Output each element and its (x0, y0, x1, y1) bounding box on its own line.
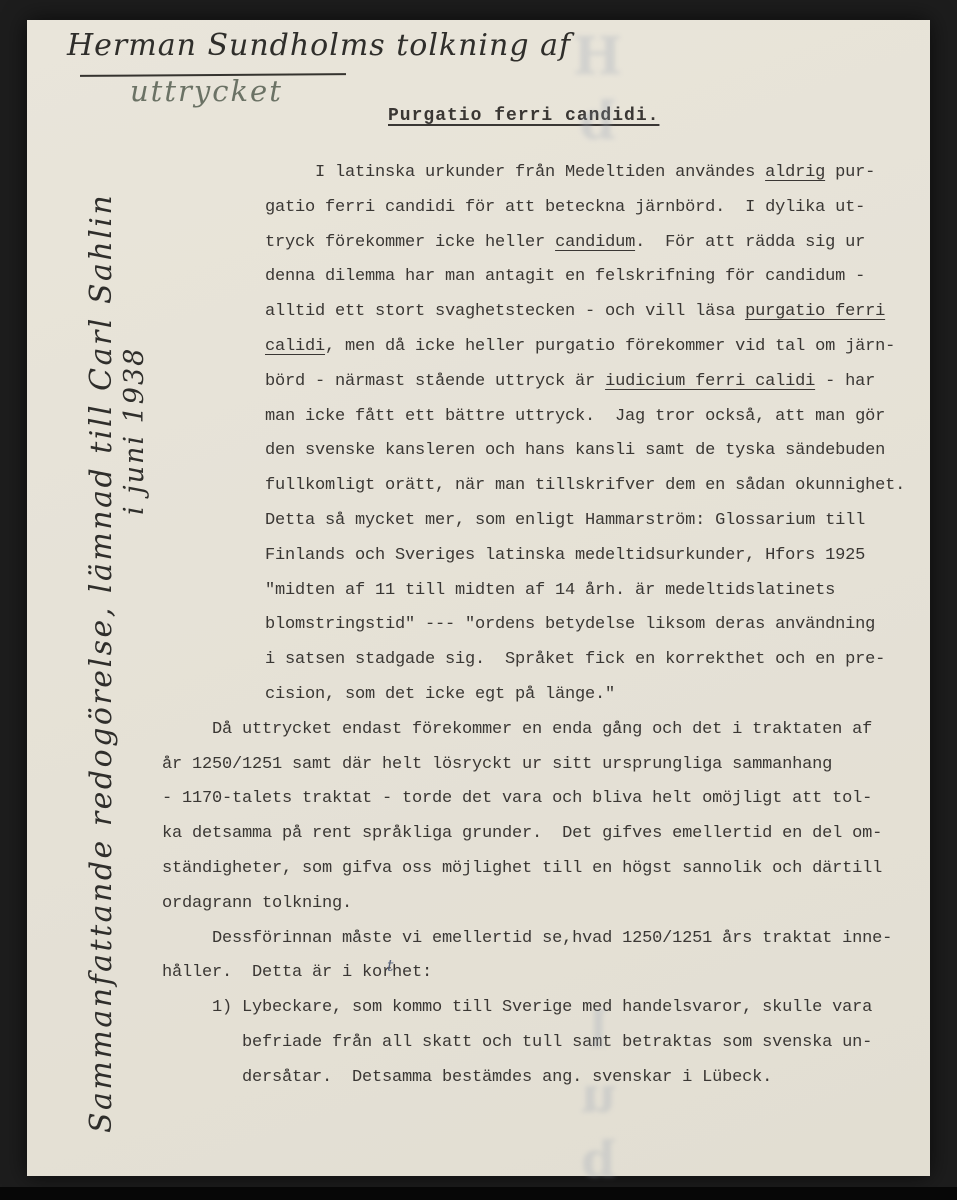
typed-line: ka detsamma på rent språkliga grunder. D… (162, 817, 930, 852)
handwritten-annotation-top-2: uttrycket (130, 74, 283, 108)
typed-line: den svenske kansleren och hans kansli sa… (265, 434, 930, 469)
typed-line: ständigheter, som gifva oss möjlighet ti… (162, 852, 930, 887)
typed-line: befriade från all skatt och tull samt be… (162, 1026, 930, 1061)
handwritten-correction-t: t (387, 949, 393, 984)
typed-line: alltid ett stort svaghetstecken - och vi… (265, 295, 930, 330)
typed-line: "midten af 11 till midten af 14 årh. är … (265, 574, 930, 609)
paragraph-block: 1) Lybeckare, som kommo till Sverige med… (162, 991, 930, 1095)
typed-line: år 1250/1251 samt där helt lösryckt ur s… (162, 748, 930, 783)
scanned-document-mount: Herman Sundholms tolkning af uttrycket S… (0, 0, 957, 1200)
typed-line: tryck förekommer icke heller candidum. F… (265, 226, 930, 261)
paragraph-block: Då uttrycket endast förekommer en enda g… (162, 713, 930, 922)
typed-line: i satsen stadgade sig. Språket fick en k… (265, 643, 930, 678)
typed-body: I latinska urkunder från Medeltiden anvä… (27, 156, 930, 1096)
typed-line: håller. Detta är i korthet: (162, 956, 930, 991)
paragraph-block: Dessförinnan måste vi emellertid se,hvad… (162, 922, 930, 992)
typed-line: Detta så mycket mer, som enligt Hammarst… (265, 504, 930, 539)
typed-line: ordagrann tolkning. (162, 887, 930, 922)
document-title: Purgatio ferri candidi. (388, 106, 659, 126)
typed-line: - 1170-talets traktat - torde det vara o… (162, 782, 930, 817)
document-page: Herman Sundholms tolkning af uttrycket S… (27, 20, 930, 1176)
typed-line: börd - närmast stående uttryck är iudici… (265, 365, 930, 400)
typed-line: Finlands och Sveriges latinska medeltids… (265, 539, 930, 574)
typed-line: dersåtar. Detsamma bestämdes ang. svensk… (162, 1061, 930, 1096)
typed-line: calidi, men då icke heller purgatio före… (265, 330, 930, 365)
show-through-marks-top: Hb (567, 26, 628, 156)
handwritten-annotation-top: Herman Sundholms tolkning af (67, 28, 571, 63)
typed-line: cision, som det icke egt på länge." (265, 678, 930, 713)
typed-line: I latinska urkunder från Medeltiden anvä… (265, 156, 930, 191)
typed-line: Dessförinnan måste vi emellertid se,hvad… (162, 922, 930, 957)
typed-line: 1) Lybeckare, som kommo till Sverige med… (162, 991, 930, 1026)
typed-line: blomstringstid" --- "ordens betydelse li… (265, 608, 930, 643)
typed-line: man icke fått ett bättre uttryck. Jag tr… (265, 400, 930, 435)
typed-line: Då uttrycket endast förekommer en enda g… (162, 713, 930, 748)
typed-line: fullkomligt orätt, när man tillskrifver … (265, 469, 930, 504)
typed-line: denna dilemma har man antagit en felskri… (265, 260, 930, 295)
typed-line: gatio ferri candidi för att beteckna jär… (265, 191, 930, 226)
paragraph-block: I latinska urkunder från Medeltiden anvä… (265, 156, 930, 713)
